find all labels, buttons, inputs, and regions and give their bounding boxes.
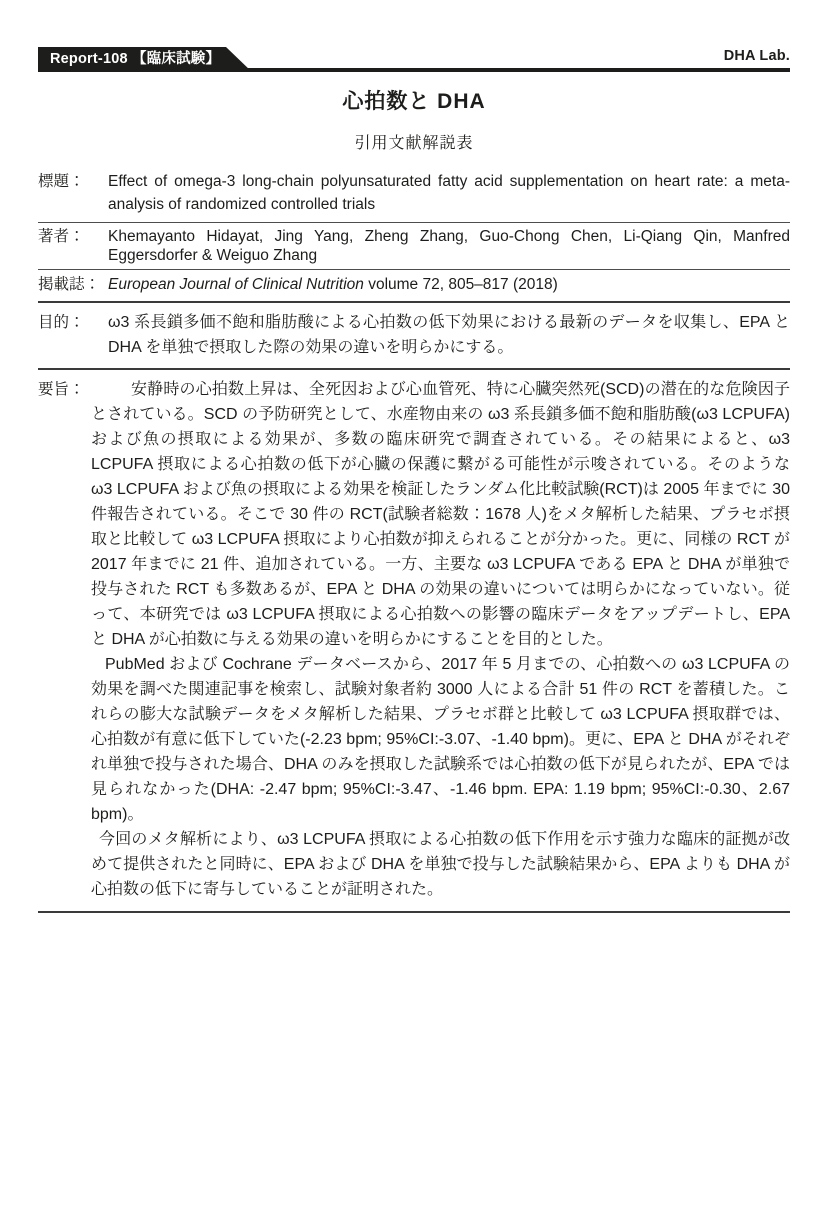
summary-paragraph: PubMed および Cochrane データベースから、2017 年 5 月ま… <box>91 652 790 827</box>
journal-label: 掲載誌： <box>38 276 108 294</box>
row-authors: 著者： Khemayanto Hidayat, Jing Yang, Zheng… <box>38 223 790 270</box>
row-purpose: 目的： ω3 系長鎖多価不飽和脂肪酸による心拍数の低下効果における最新のデータを… <box>38 303 790 370</box>
summary-paragraph: 安静時の心拍数上昇は、全死因および心血管死、特に心臓突然死(SCD)の潜在的な危… <box>91 377 790 652</box>
purpose-label: 目的： <box>38 310 108 335</box>
page-subtitle: 引用文献解説表 <box>38 130 790 153</box>
summary-value: 安静時の心拍数上昇は、全死因および心血管死、特に心臓突然死(SCD)の潜在的な危… <box>91 377 790 902</box>
title-value: Effect of omega-3 long-chain polyunsatur… <box>108 170 790 216</box>
row-journal: 掲載誌： European Journal of Clinical Nutrit… <box>38 270 790 303</box>
brand-label: DHA Lab. <box>724 48 790 64</box>
row-summary: 要旨： 安静時の心拍数上昇は、全死因および心血管死、特に心臓突然死(SCD)の潜… <box>38 370 790 913</box>
row-title: 標題： Effect of omega-3 long-chain polyuns… <box>38 165 790 223</box>
authors-label: 著者： <box>38 227 108 246</box>
journal-volume: volume 72, 805–817 (2018) <box>364 276 558 293</box>
authors-value: Khemayanto Hidayat, Jing Yang, Zheng Zha… <box>108 227 790 265</box>
purpose-value: ω3 系長鎖多価不飽和脂肪酸による心拍数の低下効果における最新のデータを収集し、… <box>108 310 790 360</box>
reference-table: 標題： Effect of omega-3 long-chain polyuns… <box>38 165 790 913</box>
page-title: 心拍数と DHA <box>38 85 790 115</box>
title-label: 標題： <box>38 170 108 193</box>
journal-value: European Journal of Clinical Nutrition v… <box>108 276 790 294</box>
summary-label: 要旨： <box>38 377 91 402</box>
report-page: Report-108 【臨床試験】 DHA Lab. 心拍数と DHA 引用文献… <box>38 47 790 913</box>
report-banner: Report-108 【臨床試験】 <box>38 47 252 72</box>
journal-name: European Journal of Clinical Nutrition <box>108 276 364 293</box>
banner-label: Report-108 【臨床試験】 <box>50 51 220 67</box>
masthead: Report-108 【臨床試験】 DHA Lab. <box>38 47 790 72</box>
summary-paragraph: 今回のメタ解析により、ω3 LCPUFA 摂取による心拍数の低下作用を示す強力な… <box>91 827 790 902</box>
